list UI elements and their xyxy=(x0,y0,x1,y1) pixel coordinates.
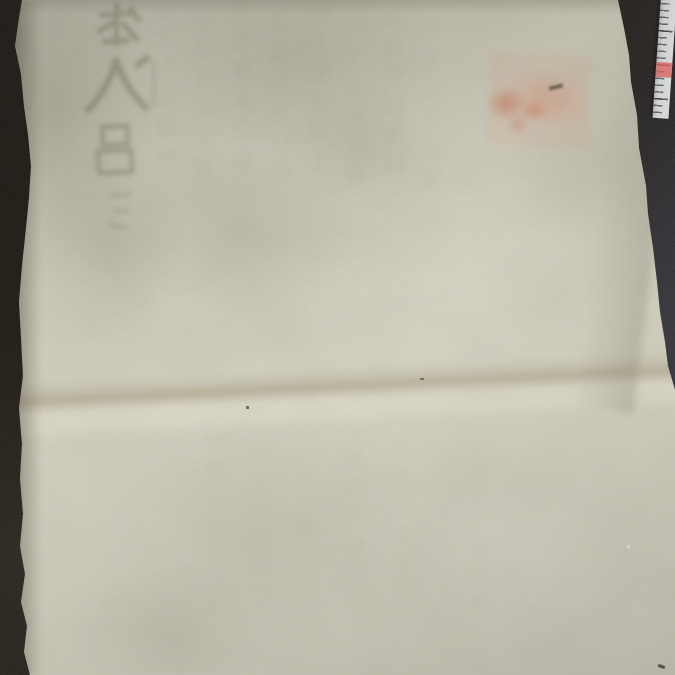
ruler-red-segment xyxy=(655,62,672,78)
paper-mottle-texture xyxy=(0,0,675,675)
hanji-document-sheet: 右文為成給事 田畓文記段置 本宅傳來之畓 庫貳斗落只印 結卜數爻田土 民等永永放… xyxy=(0,0,675,675)
photo-frame: 右文為成給事 田畓文記段置 本宅傳來之畓 庫貳斗落只印 結卜數爻田土 民等永永放… xyxy=(0,0,675,675)
